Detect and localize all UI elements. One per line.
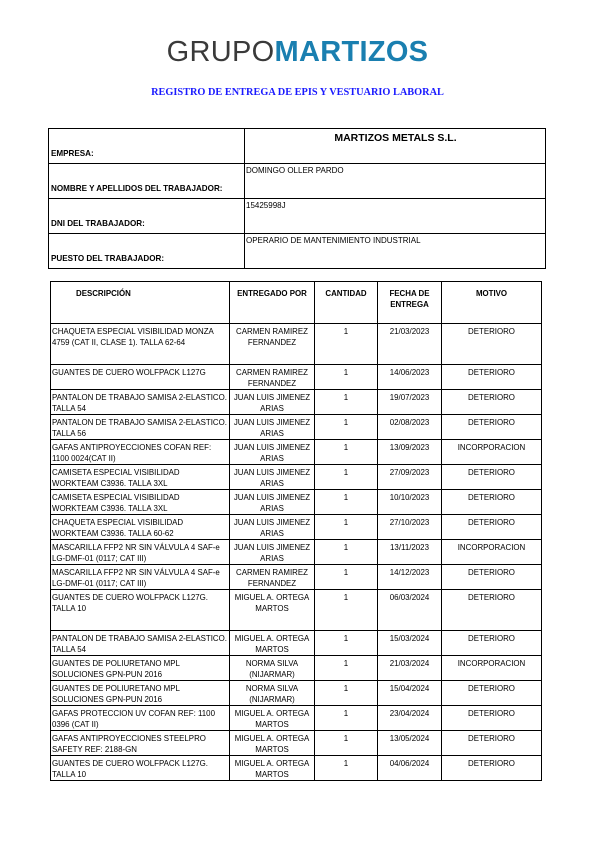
cell-descripcion: GAFAS ANTIPROYECCIONES COFAN REF: 1100 0… bbox=[51, 440, 230, 465]
table-row: CHAQUETA ESPECIAL VISIBILIDAD MONZA 4759… bbox=[51, 324, 542, 365]
cell-fecha: 06/03/2024 bbox=[378, 590, 442, 631]
info-row-nombre: NOMBRE Y APELLIDOS DEL TRABAJADOR: DOMIN… bbox=[49, 164, 546, 199]
cell-fecha: 21/03/2023 bbox=[378, 324, 442, 365]
cell-fecha: 10/10/2023 bbox=[378, 490, 442, 515]
cell-cantidad: 1 bbox=[315, 440, 378, 465]
cell-entregado: CARMEN RAMIREZ FERNANDEZ bbox=[230, 324, 315, 365]
info-row-dni: DNI DEL TRABAJADOR: 15425998J bbox=[49, 199, 546, 234]
cell-fecha: 15/04/2024 bbox=[378, 681, 442, 706]
table-row: GUANTES DE POLIURETANO MPL SOLUCIONES GP… bbox=[51, 681, 542, 706]
info-label: NOMBRE Y APELLIDOS DEL TRABAJADOR: bbox=[49, 164, 245, 199]
cell-cantidad: 1 bbox=[315, 465, 378, 490]
cell-fecha: 02/08/2023 bbox=[378, 415, 442, 440]
cell-cantidad: 1 bbox=[315, 540, 378, 565]
table-row: MASCARILLA FFP2 NR SIN VÁLVULA 4 SAF-e L… bbox=[51, 565, 542, 590]
cell-fecha: 14/06/2023 bbox=[378, 365, 442, 390]
table-row: PANTALON DE TRABAJO SAMISA 2-ELASTICO. T… bbox=[51, 631, 542, 656]
cell-motivo: DETERIORO bbox=[442, 681, 542, 706]
cell-motivo: DETERIORO bbox=[442, 565, 542, 590]
info-label: PUESTO DEL TRABAJADOR: bbox=[49, 234, 245, 269]
table-row: GUANTES DE CUERO WOLFPACK L127G. TALLA 1… bbox=[51, 756, 542, 781]
cell-fecha: 04/06/2024 bbox=[378, 756, 442, 781]
cell-descripcion: GUANTES DE CUERO WOLFPACK L127G. TALLA 1… bbox=[51, 756, 230, 781]
table-row: GAFAS PROTECCION UV COFAN REF: 1100 0396… bbox=[51, 706, 542, 731]
info-label: EMPRESA: bbox=[49, 129, 245, 164]
cell-descripcion: GUANTES DE POLIURETANO MPL SOLUCIONES GP… bbox=[51, 656, 230, 681]
cell-descripcion: CAMISETA ESPECIAL VISIBILIDAD WORKTEAM C… bbox=[51, 490, 230, 515]
cell-cantidad: 1 bbox=[315, 656, 378, 681]
cell-entregado: MIGUEL A. ORTEGA MARTOS bbox=[230, 756, 315, 781]
table-row: GUANTES DE POLIURETANO MPL SOLUCIONES GP… bbox=[51, 656, 542, 681]
cell-motivo: DETERIORO bbox=[442, 365, 542, 390]
worker-name: DOMINGO OLLER PARDO bbox=[245, 164, 546, 199]
table-row: GAFAS ANTIPROYECCIONES COFAN REF: 1100 0… bbox=[51, 440, 542, 465]
cell-motivo: DETERIORO bbox=[442, 706, 542, 731]
table-row: CAMISETA ESPECIAL VISIBILIDAD WORKTEAM C… bbox=[51, 490, 542, 515]
cell-cantidad: 1 bbox=[315, 756, 378, 781]
table-row: GUANTES DE CUERO WOLFPACK L127GCARMEN RA… bbox=[51, 365, 542, 390]
table-row: GUANTES DE CUERO WOLFPACK L127G. TALLA 1… bbox=[51, 590, 542, 631]
cell-cantidad: 1 bbox=[315, 324, 378, 365]
table-row: CHAQUETA ESPECIAL VISIBILIDAD WORKTEAM C… bbox=[51, 515, 542, 540]
cell-descripcion: GUANTES DE POLIURETANO MPL SOLUCIONES GP… bbox=[51, 681, 230, 706]
worker-info-table: EMPRESA: MARTIZOS METALS S.L. NOMBRE Y A… bbox=[48, 128, 546, 269]
cell-cantidad: 1 bbox=[315, 681, 378, 706]
cell-fecha: 13/09/2023 bbox=[378, 440, 442, 465]
cell-cantidad: 1 bbox=[315, 706, 378, 731]
cell-entregado: JUAN LUIS JIMENEZ ARIAS bbox=[230, 490, 315, 515]
document-title: REGISTRO DE ENTREGA DE EPIS Y VESTUARIO … bbox=[0, 87, 595, 98]
cell-cantidad: 1 bbox=[315, 490, 378, 515]
cell-motivo: DETERIORO bbox=[442, 515, 542, 540]
logo-grupo-text: GRUPO bbox=[167, 36, 275, 68]
cell-fecha: 27/10/2023 bbox=[378, 515, 442, 540]
cell-cantidad: 1 bbox=[315, 390, 378, 415]
cell-entregado: JUAN LUIS JIMENEZ ARIAS bbox=[230, 540, 315, 565]
cell-descripcion: CHAQUETA ESPECIAL VISIBILIDAD MONZA 4759… bbox=[51, 324, 230, 365]
cell-entregado: MIGUEL A. ORTEGA MARTOS bbox=[230, 731, 315, 756]
table-row: MASCARILLA FFP2 NR SIN VÁLVULA 4 SAF-e L… bbox=[51, 540, 542, 565]
cell-descripcion: GUANTES DE CUERO WOLFPACK L127G bbox=[51, 365, 230, 390]
column-header-cantidad: CANTIDAD bbox=[315, 282, 378, 324]
cell-descripcion: PANTALON DE TRABAJO SAMISA 2-ELASTICO. T… bbox=[51, 415, 230, 440]
cell-cantidad: 1 bbox=[315, 631, 378, 656]
cell-motivo: DETERIORO bbox=[442, 390, 542, 415]
cell-descripcion: GUANTES DE CUERO WOLFPACK L127G. TALLA 1… bbox=[51, 590, 230, 631]
cell-fecha: 13/11/2023 bbox=[378, 540, 442, 565]
table-row: CAMISETA ESPECIAL VISIBILIDAD WORKTEAM C… bbox=[51, 465, 542, 490]
cell-descripcion: MASCARILLA FFP2 NR SIN VÁLVULA 4 SAF-e L… bbox=[51, 540, 230, 565]
cell-motivo: DETERIORO bbox=[442, 415, 542, 440]
cell-cantidad: 1 bbox=[315, 415, 378, 440]
cell-descripcion: PANTALON DE TRABAJO SAMISA 2-ELASTICO. T… bbox=[51, 390, 230, 415]
cell-entregado: JUAN LUIS JIMENEZ ARIAS bbox=[230, 440, 315, 465]
cell-motivo: DETERIORO bbox=[442, 490, 542, 515]
cell-entregado: CARMEN RAMIREZ FERNANDEZ bbox=[230, 365, 315, 390]
cell-entregado: MIGUEL A. ORTEGA MARTOS bbox=[230, 706, 315, 731]
cell-motivo: INCORPORACION bbox=[442, 540, 542, 565]
cell-cantidad: 1 bbox=[315, 731, 378, 756]
cell-fecha: 19/07/2023 bbox=[378, 390, 442, 415]
cell-descripcion: GAFAS PROTECCION UV COFAN REF: 1100 0396… bbox=[51, 706, 230, 731]
cell-fecha: 15/03/2024 bbox=[378, 631, 442, 656]
cell-motivo: INCORPORACION bbox=[442, 656, 542, 681]
cell-motivo: DETERIORO bbox=[442, 590, 542, 631]
cell-motivo: DETERIORO bbox=[442, 756, 542, 781]
cell-fecha: 14/12/2023 bbox=[378, 565, 442, 590]
cell-descripcion: GAFAS ANTIPROYECCIONES STEELPRO SAFETY R… bbox=[51, 731, 230, 756]
company-logo: GRUPOMARTIZOS bbox=[0, 36, 595, 68]
cell-fecha: 23/04/2024 bbox=[378, 706, 442, 731]
cell-cantidad: 1 bbox=[315, 565, 378, 590]
cell-descripcion: CAMISETA ESPECIAL VISIBILIDAD WORKTEAM C… bbox=[51, 465, 230, 490]
column-header-entregado: ENTREGADO POR bbox=[230, 282, 315, 324]
table-header-row: DESCRIPCIÓN ENTREGADO POR CANTIDAD FECHA… bbox=[51, 282, 542, 324]
deliveries-table: DESCRIPCIÓN ENTREGADO POR CANTIDAD FECHA… bbox=[50, 281, 542, 781]
cell-motivo: DETERIORO bbox=[442, 465, 542, 490]
cell-entregado: JUAN LUIS JIMENEZ ARIAS bbox=[230, 465, 315, 490]
cell-motivo: DETERIORO bbox=[442, 631, 542, 656]
worker-position: OPERARIO DE MANTENIMIENTO INDUSTRIAL bbox=[245, 234, 546, 269]
cell-entregado: JUAN LUIS JIMENEZ ARIAS bbox=[230, 415, 315, 440]
cell-entregado: CARMEN RAMIREZ FERNANDEZ bbox=[230, 565, 315, 590]
column-header-fecha: FECHA DE ENTREGA bbox=[378, 282, 442, 324]
table-row: PANTALON DE TRABAJO SAMISA 2-ELASTICO. T… bbox=[51, 390, 542, 415]
cell-entregado: MIGUEL A. ORTEGA MARTOS bbox=[230, 590, 315, 631]
info-row-empresa: EMPRESA: MARTIZOS METALS S.L. bbox=[49, 129, 546, 164]
logo-brand-text: MARTIZOS bbox=[275, 36, 429, 68]
cell-entregado: JUAN LUIS JIMENEZ ARIAS bbox=[230, 515, 315, 540]
info-label: DNI DEL TRABAJADOR: bbox=[49, 199, 245, 234]
table-row: GAFAS ANTIPROYECCIONES STEELPRO SAFETY R… bbox=[51, 731, 542, 756]
cell-entregado: JUAN LUIS JIMENEZ ARIAS bbox=[230, 390, 315, 415]
cell-cantidad: 1 bbox=[315, 515, 378, 540]
company-name: MARTIZOS METALS S.L. bbox=[245, 129, 546, 164]
cell-entregado: NORMA SILVA (NIJARMAR) bbox=[230, 681, 315, 706]
cell-descripcion: MASCARILLA FFP2 NR SIN VÁLVULA 4 SAF-e L… bbox=[51, 565, 230, 590]
cell-cantidad: 1 bbox=[315, 590, 378, 631]
worker-dni: 15425998J bbox=[245, 199, 546, 234]
cell-motivo: DETERIORO bbox=[442, 324, 542, 365]
column-header-descripcion: DESCRIPCIÓN bbox=[51, 282, 230, 324]
column-header-motivo: MOTIVO bbox=[442, 282, 542, 324]
cell-entregado: MIGUEL A. ORTEGA MARTOS bbox=[230, 631, 315, 656]
info-row-puesto: PUESTO DEL TRABAJADOR: OPERARIO DE MANTE… bbox=[49, 234, 546, 269]
cell-motivo: DETERIORO bbox=[442, 731, 542, 756]
cell-cantidad: 1 bbox=[315, 365, 378, 390]
cell-motivo: INCORPORACION bbox=[442, 440, 542, 465]
cell-fecha: 21/03/2024 bbox=[378, 656, 442, 681]
cell-fecha: 13/05/2024 bbox=[378, 731, 442, 756]
cell-fecha: 27/09/2023 bbox=[378, 465, 442, 490]
table-row: PANTALON DE TRABAJO SAMISA 2-ELASTICO. T… bbox=[51, 415, 542, 440]
cell-descripcion: CHAQUETA ESPECIAL VISIBILIDAD WORKTEAM C… bbox=[51, 515, 230, 540]
cell-entregado: NORMA SILVA (NIJARMAR) bbox=[230, 656, 315, 681]
cell-descripcion: PANTALON DE TRABAJO SAMISA 2-ELASTICO. T… bbox=[51, 631, 230, 656]
